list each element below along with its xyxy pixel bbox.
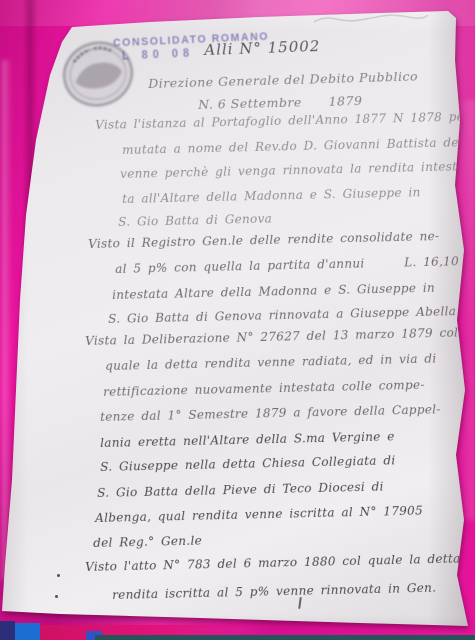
manuscript-line: Vista la Deliberazione N° 27627 del 13 m… (85, 325, 470, 348)
manuscript-line: Visto l'atto N° 783 del 6 marzo 1880 col… (85, 551, 461, 574)
manuscript-line: S. Giuseppe nella detta Chiesa Collegiat… (100, 453, 396, 474)
manuscript-line: venne perchè gli venga rinnovata la rend… (120, 159, 469, 181)
photo-of-manuscript: CONSOLIDATO ROMANO L 80 08 Alli N° 15002… (0, 0, 475, 640)
office-title: Direzione Generale del Debito Pubblico (148, 68, 418, 91)
manuscript-line: tenze dal 1° Semestre 1879 a favore dell… (100, 402, 441, 424)
manuscript-line: del Reg.° Gen.le (93, 534, 202, 550)
manuscript-line: rendita iscritta al 5 p% venne rinnovata… (112, 581, 436, 602)
manuscript-line: mutata a nome del Rev.do D. Giovanni Bat… (122, 135, 463, 157)
manuscript-line: S. Gio Batta della Pieve di Teco Diocesi… (97, 479, 384, 499)
manuscript-line: rettificazione nuovamente intestata coll… (103, 378, 425, 399)
manuscript-line: S. Gio Batta di Genova rinnovata a Giuse… (108, 304, 456, 326)
manuscript-line: quale la detta rendita venne radiata, ed… (105, 351, 437, 373)
document-sheet: CONSOLIDATO ROMANO L 80 08 Alli N° 15002… (0, 0, 475, 640)
manuscript-line: ta all'Altare della Madonna e S. Giusepp… (122, 185, 421, 206)
manuscript-line: al 5 p% con quella la partita d'annui L.… (115, 254, 459, 276)
ink-dot (55, 595, 58, 598)
pencil-annotation (312, 12, 432, 30)
manuscript-line: lania eretta nell'Altare della S.ma Verg… (100, 429, 395, 450)
manuscript-line: intestata Altare della Madonna e S. Gius… (112, 281, 435, 302)
stray-pen-mark (298, 597, 302, 609)
consolidato-stamp-line2: L 80 08 (122, 47, 195, 63)
manuscript-line: Visto il Registro Gen.le delle rendite c… (88, 229, 440, 251)
ink-dot (57, 574, 60, 577)
manuscript-line: Vista l'istanza al Portafoglio dell'Anno… (95, 109, 475, 132)
document-sheet-wrap: CONSOLIDATO ROMANO L 80 08 Alli N° 15002… (0, 0, 475, 640)
date-line: N. 6 Settembre 1879 (198, 93, 363, 112)
filing-number: Alli N° 15002 (204, 37, 321, 59)
manuscript-line: S. Gio Batta di Genova (118, 212, 272, 229)
manuscript-line: Albenga, qual rendita venne iscritta al … (95, 504, 423, 525)
